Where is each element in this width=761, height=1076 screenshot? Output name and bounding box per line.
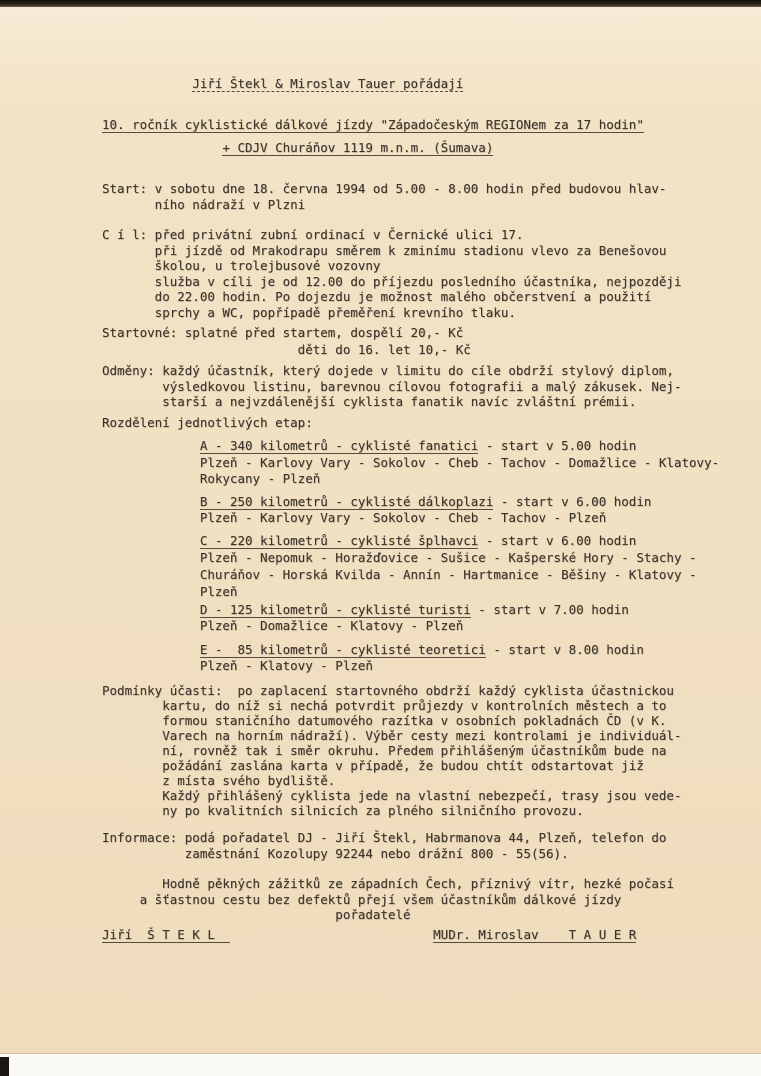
underlined-text: E - 85 kilometrů - cyklisté teoretici	[200, 642, 486, 658]
text-segment: při jízdě od Mrakodrapu směrem k zminímu…	[102, 243, 666, 258]
text-line: Churáňov - Horská Kvilda - Annín - Hartm…	[102, 566, 697, 583]
text-segment: do 22.00 hodin. Po dojezdu je možnost ma…	[102, 289, 651, 304]
text-line: pořadatelé	[102, 907, 674, 923]
text-segment	[102, 602, 200, 617]
etap-d: D - 125 kilometrů - cyklisté turisti - s…	[102, 602, 629, 634]
scan-corner-mark	[0, 1057, 9, 1076]
event-title: 10. ročník cyklistické dálkové jízdy "Zá…	[102, 117, 644, 133]
text-segment: sprchy a WC, popřípadě přeměření krevníh…	[102, 305, 516, 320]
text-line: E - 85 kilometrů - cyklisté teoretici - …	[102, 642, 644, 658]
text-segment: Plzeň - Karlovy Vary - Sokolov - Cheb - …	[102, 510, 606, 525]
etap-c: C - 220 kilometrů - cyklisté šplhavci - …	[102, 532, 697, 600]
document-page: Jiří Štekl & Miroslav Tauer pořádají10. …	[0, 0, 761, 1076]
text-segment: C í l: před privátní zubní ordinací v Če…	[102, 227, 523, 242]
text-line: formou staničního datumového razítka v o…	[102, 713, 681, 728]
section-informace: Informace: podá pořadatel DJ - Jiří Štek…	[102, 830, 666, 861]
section-rozdeleni: Rozdělení jednotlivých etap:	[102, 415, 313, 431]
text-line: Start: v sobotu dne 18. června 1994 od 5…	[102, 181, 666, 197]
underlined-text: Jiří Štekl & Miroslav Tauer pořádají	[192, 76, 463, 92]
text-segment	[102, 438, 200, 453]
text-segment: Plzeň - Nepomuk - Horažďovice - Sušice -…	[102, 550, 697, 565]
text-segment: - start v 5.00 hodin	[478, 438, 636, 453]
etap-b: B - 250 kilometrů - cyklisté dálkoplazi …	[102, 494, 651, 526]
text-segment: požádání zaslána karta v případě, že bud…	[102, 758, 644, 773]
text-line: ního nádraží v Plzni	[102, 197, 666, 213]
text-line: Plzeň - Klatovy - Plzeň	[102, 658, 644, 674]
text-line: školou, u trolejbusové vozovny	[102, 258, 681, 274]
text-segment: děti do 16. let 10,- Kč	[102, 342, 471, 357]
text-segment: služba v cíli je od 12.00 do příjezdu po…	[102, 274, 681, 289]
text-segment: Startovné: splatné před startem, dospělí…	[102, 325, 463, 340]
text-segment: Plzeň - Domažlice - Klatovy - Plzeň	[102, 618, 463, 633]
text-line: služba v cíli je od 12.00 do příjezdu po…	[102, 274, 681, 290]
text-line: Hodně pěkných zážitků ze západních Čech,…	[102, 876, 674, 892]
text-line: Plzeň - Karlovy Vary - Sokolov - Cheb - …	[102, 510, 651, 526]
underlined-text: C - 220 kilometrů - cyklisté šplhavci	[200, 533, 478, 549]
text-segment	[102, 533, 200, 548]
text-segment	[230, 927, 433, 942]
text-line: Plzeň - Domažlice - Klatovy - Plzeň	[102, 618, 629, 634]
scan-bottom-edge	[0, 1053, 761, 1076]
underlined-text: + CDJV Churáňov 1119 m.n.m. (Šumava)	[222, 140, 493, 156]
text-segment: ní, rovněž tak i směr okruhu. Předem při…	[102, 743, 666, 758]
text-line: sprchy a WC, popřípadě přeměření krevníh…	[102, 305, 681, 321]
text-line: Startovné: splatné před startem, dospělí…	[102, 324, 471, 341]
text-segment	[102, 76, 192, 91]
text-line: 10. ročník cyklistické dálkové jízdy "Zá…	[102, 117, 644, 133]
organizers-line: Jiří Štekl & Miroslav Tauer pořádají	[102, 76, 463, 92]
text-segment: Plzeň - Klatovy - Plzeň	[102, 658, 373, 673]
section-start: Start: v sobotu dne 18. června 1994 od 5…	[102, 181, 666, 212]
underlined-text: D - 125 kilometrů - cyklisté turisti	[200, 602, 471, 618]
underlined-text: MUDr. Miroslav T A U E R	[433, 927, 636, 943]
text-segment: - start v 6.00 hodin	[493, 494, 651, 509]
closing-wishes: Hodně pěkných zážitků ze západních Čech,…	[102, 876, 674, 923]
text-line: z místa svého bydliště.	[102, 773, 681, 788]
text-line: děti do 16. let 10,- Kč	[102, 341, 471, 358]
text-segment: zaměstnání Kozolupy 92244 nebo drážní 80…	[102, 846, 569, 861]
event-subtitle: + CDJV Churáňov 1119 m.n.m. (Šumava)	[102, 140, 493, 156]
text-line: Rokycany - Plzeň	[102, 471, 719, 488]
text-line: A - 340 kilometrů - cyklisté fanatici - …	[102, 438, 719, 455]
text-line: při jízdě od Mrakodrapu směrem k zminímu…	[102, 243, 681, 259]
text-line: C - 220 kilometrů - cyklisté šplhavci - …	[102, 532, 697, 549]
text-segment: - start v 7.00 hodin	[471, 602, 629, 617]
text-line: a šťastnou cestu bez defektů přejí všem …	[102, 892, 674, 908]
underlined-text: A - 340 kilometrů - cyklisté fanatici	[200, 438, 478, 454]
text-segment	[102, 494, 200, 509]
text-line: Plzeň	[102, 583, 697, 600]
text-segment: Varech na horním nádraží). Výběr cesty m…	[102, 728, 681, 743]
text-line: kartu, do níž si nechá potvrdit průjezdy…	[102, 698, 681, 713]
text-line: Jiří Š T E K L MUDr. Miroslav T A U E R	[102, 927, 636, 943]
text-segment: kartu, do níž si nechá potvrdit průjezdy…	[102, 698, 666, 713]
etap-e: E - 85 kilometrů - cyklisté teoretici - …	[102, 642, 644, 674]
text-segment: Odměny: každý účastník, který dojede v l…	[102, 363, 674, 378]
text-line: požádání zaslána karta v případě, že bud…	[102, 758, 681, 773]
text-segment: Churáňov - Horská Kvilda - Annín - Hartm…	[102, 567, 697, 582]
text-line: Podmínky účasti: po zaplacení startovnéh…	[102, 683, 681, 698]
text-line: Varech na horním nádraží). Výběr cesty m…	[102, 728, 681, 743]
etap-a: A - 340 kilometrů - cyklisté fanatici - …	[102, 438, 719, 488]
text-segment: školou, u trolejbusové vozovny	[102, 258, 380, 273]
underlined-text: B - 250 kilometrů - cyklisté dálkoplazi	[200, 494, 494, 510]
underlined-text: Jiří Š T E K L	[102, 927, 230, 943]
text-segment: Start: v sobotu dne 18. června 1994 od 5…	[102, 181, 666, 196]
text-segment: - start v 8.00 hodin	[486, 642, 644, 657]
text-segment: ního nádraží v Plzni	[102, 197, 305, 212]
section-startovne: Startovné: splatné před startem, dospělí…	[102, 324, 471, 358]
text-segment: z místa svého bydliště.	[102, 773, 335, 788]
text-segment: Rozdělení jednotlivých etap:	[102, 415, 313, 430]
text-line: B - 250 kilometrů - cyklisté dálkoplazi …	[102, 494, 651, 510]
section-podminky: Podmínky účasti: po zaplacení startovnéh…	[102, 683, 681, 818]
text-segment: Každý přihlášený cyklista jede na vlastn…	[102, 788, 681, 803]
text-line: D - 125 kilometrů - cyklisté turisti - s…	[102, 602, 629, 618]
text-line: Odměny: každý účastník, který dojede v l…	[102, 363, 681, 379]
text-line: Rozdělení jednotlivých etap:	[102, 415, 313, 431]
text-segment	[102, 642, 200, 657]
text-segment: Plzeň	[102, 584, 237, 599]
underlined-text: 10. ročník cyklistické dálkové jízdy "Zá…	[102, 117, 644, 133]
text-line: do 22.00 hodin. Po dojezdu je možnost ma…	[102, 289, 681, 305]
text-segment: a šťastnou cestu bez defektů přejí všem …	[102, 892, 621, 907]
text-segment: pořadatelé	[102, 907, 411, 922]
text-line: Plzeň - Nepomuk - Horažďovice - Sušice -…	[102, 549, 697, 566]
text-line: ní, rovněž tak i směr okruhu. Předem při…	[102, 743, 681, 758]
text-line: + CDJV Churáňov 1119 m.n.m. (Šumava)	[102, 140, 493, 156]
scan-top-edge	[0, 0, 761, 7]
text-segment: Plzeň - Karlovy Vary - Sokolov - Cheb - …	[102, 455, 719, 470]
text-line: Plzeň - Karlovy Vary - Sokolov - Cheb - …	[102, 455, 719, 472]
text-line: C í l: před privátní zubní ordinací v Če…	[102, 227, 681, 243]
text-segment: starší a nejvzdálenější cyklista fanatik…	[102, 394, 636, 409]
signatures: Jiří Š T E K L MUDr. Miroslav T A U E R	[102, 927, 636, 943]
section-cil: C í l: před privátní zubní ordinací v Če…	[102, 227, 681, 320]
text-segment: - start v 6.00 hodin	[478, 533, 636, 548]
text-line: Jiří Štekl & Miroslav Tauer pořádají	[102, 76, 463, 92]
text-line: Každý přihlášený cyklista jede na vlastn…	[102, 788, 681, 803]
text-segment: formou staničního datumového razítka v o…	[102, 713, 666, 728]
text-segment: ny po kvalitních silnicích za plného sil…	[102, 803, 584, 818]
text-segment: Informace: podá pořadatel DJ - Jiří Štek…	[102, 830, 666, 845]
text-segment: Podmínky účasti: po zaplacení startovnéh…	[102, 683, 674, 698]
text-line: zaměstnání Kozolupy 92244 nebo drážní 80…	[102, 846, 666, 862]
text-line: výsledkovou listinu, barevnou cílovou fo…	[102, 379, 681, 395]
text-segment: Rokycany - Plzeň	[102, 471, 320, 486]
text-segment: Hodně pěkných zážitků ze západních Čech,…	[102, 876, 674, 891]
text-segment: výsledkovou listinu, barevnou cílovou fo…	[102, 379, 681, 394]
text-line: ny po kvalitních silnicích za plného sil…	[102, 803, 681, 818]
section-odmeny: Odměny: každý účastník, který dojede v l…	[102, 363, 681, 410]
text-line: Informace: podá pořadatel DJ - Jiří Štek…	[102, 830, 666, 846]
text-line: starší a nejvzdálenější cyklista fanatik…	[102, 394, 681, 410]
text-segment	[102, 140, 222, 155]
